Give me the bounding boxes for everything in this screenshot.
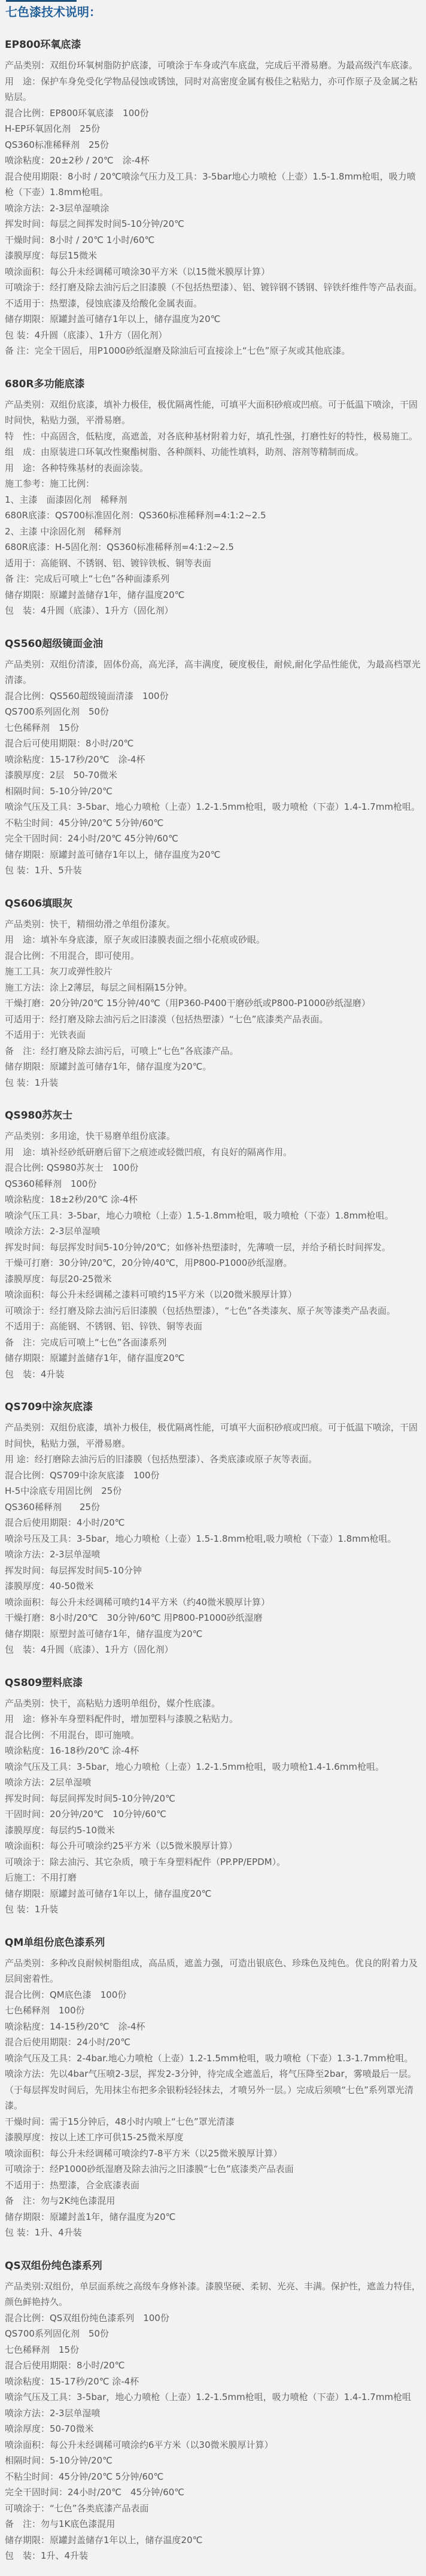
spec-line: 干燥时间：需于15分钟后，48小时内喷上“七色”罩光清漆 bbox=[5, 2114, 422, 2130]
spec-line: 后施工：不用打磨 bbox=[5, 1870, 422, 1886]
spec-line: 喷涂粘度：15-17秒/20℃ 涂-4杯 bbox=[5, 2374, 422, 2390]
spec-line: 包 装：1升、5升装 bbox=[5, 862, 422, 879]
spec-line: 喷涂气压及工具：2-4bar.地心力喷枪（上壶）1.2-1.5mm枪咀，吸力喷枪… bbox=[5, 2051, 422, 2067]
spec-line: 七色稀释剂 100份 bbox=[5, 2003, 422, 2019]
section-heading: QS606填眼灰 bbox=[5, 879, 422, 916]
spec-line: QS700系列固化剂 50份 bbox=[5, 704, 422, 720]
spec-line: 混合比例：QS560超级镜面清漆 100份 bbox=[5, 688, 422, 704]
spec-line: 喷涂粘度：15-17秒/20℃ 涂-4杯 bbox=[5, 752, 422, 768]
spec-line: 680R底漆：H-5固化剂：QS360标准稀释剂=4:1:2~2.5 bbox=[5, 539, 422, 555]
spec-line: 喷涂方法：2-3层单湿喷涂 bbox=[5, 201, 422, 217]
product-section: EP800环氧底漆产品类别：双组份环氧树脂防护底漆，可喷涂于车身或汽车底盘，完成… bbox=[5, 20, 422, 359]
spec-line: 干固时间：20分钟/20℃ 10分钟/60℃ bbox=[5, 1806, 422, 1822]
spec-line: 喷涂粘度：14-15秒/20℃ 涂-4杯 bbox=[5, 2019, 422, 2035]
spec-line: 施工工具：灰刀或弹性胶片 bbox=[5, 964, 422, 980]
document-page: 七色漆技术说明： EP800环氧底漆产品类别：双组份环氧树脂防护底漆，可喷涂于车… bbox=[0, 0, 426, 2576]
product-section: QS980苏灰士产品类别：多用途，快干易磨单组份底漆。用 途：填补经砂纸研磨后留… bbox=[5, 1090, 422, 1382]
spec-line: 适用于：高能钢、不锈钢、铝、镀锌铁板、铜等表面 bbox=[5, 555, 422, 572]
spec-line: QS360稀释剂 25份 bbox=[5, 1499, 422, 1515]
spec-line: 储存期限：原罐封盖储存1年，储存温度20℃ bbox=[5, 1350, 422, 1366]
spec-line: 包 装：1升、4升装 bbox=[5, 2548, 422, 2564]
spec-line: 特 性：中高固含，低粘度，高遮盖，对各底种基材附着力好，填孔性强，打磨性好的特性… bbox=[5, 429, 422, 445]
spec-line: 储存期限：原罐封盖可储存1年以上，储存温度为20℃ bbox=[5, 311, 422, 327]
spec-line: 混合后可使用期限：8小时/20℃ bbox=[5, 736, 422, 752]
spec-line: 包 装：4升圆（底漆）、1升方（固化剂） bbox=[5, 327, 422, 344]
spec-line: 喷涂号压及工具：3-5bar，地心力喷枪（上壶）1.5-1.8mm枪咀,吸力喷枪… bbox=[5, 1531, 422, 1547]
spec-line: 干燥可打磨：30分钟/20℃，20分钟/40℃，用P800-P1000砂纸湿磨。 bbox=[5, 1255, 422, 1271]
spec-line: 漆膜厚度：每层约5-10微米 bbox=[5, 1822, 422, 1839]
spec-line: 混合比例：EP800环氧底漆 100份 bbox=[5, 105, 422, 121]
spec-line: 相隔时间：5-10分钟/20℃ bbox=[5, 2453, 422, 2469]
spec-line: 喷涂厚度：50-70微米 bbox=[5, 2421, 422, 2437]
product-section: 680R多功能底漆产品类别：双组份底漆，填补力极佳，极优隔离性能，可填平大面积砂… bbox=[5, 359, 422, 619]
spec-line: 产品类别：快干，精细幼滑之单组份漆灰。 bbox=[5, 916, 422, 932]
spec-line: 喷涂方法：2-3层单湿喷 bbox=[5, 1223, 422, 1240]
spec-line: 用 途：修补车身塑料配件时，增加塑料与漆膜之粘贴力。 bbox=[5, 1711, 422, 1727]
spec-line: 喷涂气压工具：3-5bar，地心力喷枪（上壶）1.5-1.8mm枪咀，吸力喷枪（… bbox=[5, 1208, 422, 1224]
spec-line: 混合比例：QS双组份纯色漆系列 100份 bbox=[5, 2310, 422, 2326]
spec-line: 用 途：填补经砂纸研磨后留下之痕迹或轻微凹痕，有良好的隔离作用。 bbox=[5, 1144, 422, 1161]
spec-line: 挥发时间：每层挥发时间5-10分钟 bbox=[5, 1563, 422, 1579]
spec-line: 喷涂面积：每公升未经调稀可喷约14平方米（约40微米膜厚计算） bbox=[5, 1594, 422, 1611]
spec-line: 包 装：4升圆（底漆）、1升方（固化剂） bbox=[5, 1642, 422, 1658]
spec-line: QS700系列固化剂 50份 bbox=[5, 2326, 422, 2342]
spec-line: 不粘尘时间：45分钟/20℃ 5分钟/60℃ bbox=[5, 815, 422, 831]
spec-line: 2、主漆 中涂固化剂 稀释剂 bbox=[5, 524, 422, 540]
spec-line: 产品类别：多种改良耐候树脂组成，高品质，遮盖力强，可造出银底色、珍珠色及纯色。优… bbox=[5, 1955, 422, 1987]
spec-line: 产品类别:双组份，单层面系统之高级车身修补漆。漆膜坚硬、柔韧、光亮、丰满。保护性… bbox=[5, 2279, 422, 2310]
spec-line: 不适用于：光铁表面 bbox=[5, 1027, 422, 1043]
spec-line: 用 途：填补车身底漆，原子灰或旧漆膜表面之细小花痕或砂眼。 bbox=[5, 932, 422, 948]
spec-line: 挥发时间：每层之间挥发时间5-10分钟/20℃ bbox=[5, 216, 422, 232]
spec-line: 喷涂气压及工具：3-5bar，地心力喷枪（上壶）1.2-1.5mm枪咀，吸力喷枪… bbox=[5, 1759, 422, 1775]
spec-line: 产品类别：快干，高粘贴力透明单组份，媒介性底漆。 bbox=[5, 1696, 422, 1712]
spec-line: 用 途：经打磨除去油污后的旧漆膜（包括热塑漆）、各类底漆或原子灰等表面。 bbox=[5, 1451, 422, 1468]
spec-line: 喷涂方法：2-3层单湿喷 bbox=[5, 1547, 422, 1563]
section-heading: QS809塑料底漆 bbox=[5, 1658, 422, 1696]
spec-line: 喷涂面积：每公升未经调稀可喷涂约7-8平方米（以25微米膜厚计算） bbox=[5, 2146, 422, 2162]
section-heading: QS709中涂灰底漆 bbox=[5, 1382, 422, 1420]
spec-line: 干燥打磨：8小时/20℃ 30分钟/60℃ 用P800-P1000砂纸湿磨 bbox=[5, 1610, 422, 1626]
spec-line: 包 装：1升装 bbox=[5, 1075, 422, 1091]
spec-line: 喷涂气压及工具：3-5bar，地心力喷枪（上壶）1.2-1.5mm枪咀，吸力喷枪… bbox=[5, 2389, 422, 2405]
section-heading: QS双组份纯色漆系列 bbox=[5, 2241, 422, 2279]
spec-line: 喷涂面积：每公升未经调稀可喷涂30平方米（以15微米膜厚计算） bbox=[5, 264, 422, 280]
spec-line: 用 途：保护车身免受化学物品侵蚀或锈蚀，同时对高密度金属有极佳之粘贴力，亦可作原… bbox=[5, 74, 422, 105]
section-heading: QM单组份底色漆系列 bbox=[5, 1918, 422, 1955]
clipped-text-remnant bbox=[6, 0, 77, 2]
spec-line: QS360标准稀释剂 25份 bbox=[5, 137, 422, 153]
spec-line: 产品类别：双组份环氧树脂防护底漆，可喷涂于车身或汽车底盘，完成后平滑易磨。为最高… bbox=[5, 57, 422, 74]
spec-line: 混合比例：不用混合，即可使用。 bbox=[5, 948, 422, 964]
spec-line: 可喷涂于：经P1000砂纸湿磨及除去油污之旧漆膜“七色”底漆类产品表面 bbox=[5, 2161, 422, 2177]
spec-line: 混合后使用期限：24小时/20℃ bbox=[5, 2034, 422, 2051]
spec-line: 喷涂方法：2层单湿喷 bbox=[5, 1775, 422, 1791]
spec-line: QS360稀释剂 100份 bbox=[5, 1176, 422, 1192]
spec-line: 可喷涂于：经打磨及除去油污后旧漆膜（包括热塑漆），“七色”各类漆灰、原子灰等漆类… bbox=[5, 1303, 422, 1319]
spec-line: 漆膜厚度：40-50微米 bbox=[5, 1578, 422, 1594]
spec-line: 喷涂面积：每公升未经调稀可喷涂约6平方米（以30微米膜厚计算） bbox=[5, 2437, 422, 2453]
spec-line: 备 注：勿与1K底色漆混用 bbox=[5, 2516, 422, 2532]
spec-line: 可喷涂于：除去油污、其它杂质，喷于车身塑料配件（PP.PP/EPDM）。 bbox=[5, 1854, 422, 1870]
spec-line: 喷涂粘度：16-18秒/20℃ 涂-4杯 bbox=[5, 1743, 422, 1759]
section-heading: 680R多功能底漆 bbox=[5, 359, 422, 397]
spec-line: 喷涂气压及工具：3-5bar、地心力喷枪（上壶）1.2-1.5mm枪咀，吸力喷枪… bbox=[5, 799, 422, 815]
spec-line: 完全干固时间：24小时/20℃ 45分钟/60℃ bbox=[5, 831, 422, 847]
spec-line: 喷涂方法：2-3层单湿喷 bbox=[5, 2405, 422, 2422]
spec-line: 混合后使用期限：4小时/20℃ bbox=[5, 1515, 422, 1531]
spec-line: 喷涂方法：先以4bar气压喷2-3层，挥发2-3分钟，待完成全遮盖后，将气压降至… bbox=[5, 2066, 422, 2114]
section-heading: EP800环氧底漆 bbox=[5, 20, 422, 57]
spec-line: 喷涂粘度：18±2秒/20℃ 涂-4杯 bbox=[5, 1192, 422, 1208]
spec-line: 可喷涂于：“七色”各类底漆产品表面 bbox=[5, 2501, 422, 2517]
spec-line: 1、主漆 面漆固化剂 稀释剂 bbox=[5, 492, 422, 508]
section-heading: QS560超级镜面金油 bbox=[5, 619, 422, 657]
spec-line: 产品类别：双组份底漆，填补力极佳，极优隔离性能，可填平大面积砂痕或凹痕。可于低温… bbox=[5, 1420, 422, 1451]
spec-line: 备 注：完成后可喷上“七色”各面漆系列 bbox=[5, 1335, 422, 1351]
spec-line: 挥发时间：每层挥发时间5-10分钟/20℃；如修补热塑漆时，先薄喷一层，并给予稍… bbox=[5, 1240, 422, 1256]
spec-line: 不粘尘时间：45分钟/20℃ 5分钟/60℃ bbox=[5, 2469, 422, 2485]
spec-line: 干燥打磨：20分钟/20℃ 15分钟/40℃（用P360-P400干磨砂纸或P8… bbox=[5, 995, 422, 1011]
product-section: QM单组份底色漆系列产品类别：多种改良耐候树脂组成，高品质，遮盖力强，可造出银底… bbox=[5, 1918, 422, 2241]
spec-line: 混合使用期限：8小时 / 20℃喷涂气压力及工具：3-5bar地心力喷枪（上壶）… bbox=[5, 169, 422, 201]
spec-line: 包 装：1升、4升装 bbox=[5, 2225, 422, 2241]
spec-line: 混合比例：QS709中涂灰底漆 100份 bbox=[5, 1468, 422, 1484]
spec-line: 完全干固时间：24小时/20℃ 45分钟/60℃ bbox=[5, 2484, 422, 2501]
spec-line: 储存期限：原罐封盖可储存1年以上，储存温度20℃ bbox=[5, 1886, 422, 1902]
spec-line: 漆膜厚度：每层15微米 bbox=[5, 248, 422, 264]
spec-line: 储存期限：原塑封盖可储存1年，储存温度为20℃ bbox=[5, 1626, 422, 1642]
spec-line: 产品类别：多用途，快干易磨单组份底漆。 bbox=[5, 1128, 422, 1144]
spec-line: 组 成：由原装进口环氧改性聚酯树脂、各种颜料、功能性填料，助剂、溶剂等精制而成。 bbox=[5, 444, 422, 460]
product-section: QS809塑料底漆产品类别：快干，高粘贴力透明单组份，媒介性底漆。用 途：修补车… bbox=[5, 1658, 422, 1918]
spec-line: 储存期限：原罐封盖可储存1年，储存温度为20℃。 bbox=[5, 1059, 422, 1075]
spec-line: H-EP环氧固化剂 25份 bbox=[5, 121, 422, 137]
spec-line: 不适用于：热塑漆，合金底漆表面 bbox=[5, 2177, 422, 2194]
spec-line: 储存期限：原罐封盖储存1年以上，储存温度20℃ bbox=[5, 2532, 422, 2548]
product-section: QS双组份纯色漆系列产品类别:双组份，单层面系统之高级车身修补漆。漆膜坚硬、柔韧… bbox=[5, 2241, 422, 2564]
spec-line: 漆膜厚度：2层 50-70微米 bbox=[5, 767, 422, 783]
spec-line: H-5中涂底专用固比例 25份 bbox=[5, 1483, 422, 1499]
spec-line: 备 注：完成后可喷上“七色”各种面漆系列 bbox=[5, 571, 422, 587]
spec-line: 储存期限：原罐封盖1年，储存温度为20℃ bbox=[5, 2209, 422, 2225]
spec-line: 可适用于：经打磨及除去油污后之旧漆漠（包括热塑漆）“七色”底漆类产品表面。 bbox=[5, 1011, 422, 1028]
spec-line: 包 装：1升装 bbox=[5, 1901, 422, 1918]
spec-line: 可喷涂于：经打磨及除去油污后之旧漆膜（不包括热塑漆）、铝、镀锌钢不锈钢、锌铁纤维… bbox=[5, 280, 422, 296]
spec-line: 喷涂面积：每公升未经调稀之漆料可喷约15平方米（以20微米膜厚计算） bbox=[5, 1287, 422, 1303]
spec-line: 备 注：经打磨及除去油污后，可喷上“七色”各底漆产品。 bbox=[5, 1043, 422, 1059]
spec-line: 混合比例：不用混台，即可施喷。 bbox=[5, 1727, 422, 1743]
spec-line: 储存期限：原罐封盖储存1年，储存温度20℃ bbox=[5, 587, 422, 603]
product-section: QS606填眼灰产品类别：快干，精细幼滑之单组份漆灰。用 途：填补车身底漆，原子… bbox=[5, 879, 422, 1091]
spec-line: 七色稀释剂 15份 bbox=[5, 720, 422, 736]
spec-line: 储存期限：原罐封盖可储存1年以上，储存温度为20℃ bbox=[5, 847, 422, 863]
spec-line: 用 途：各种特殊基材的表面涂装。 bbox=[5, 460, 422, 476]
spec-line: 干燥时间：8小时 / 20℃ 1小时/60℃ bbox=[5, 232, 422, 248]
spec-line: 产品类别：双组份清漆，固体份高，高光泽，高丰满度，硬度极佳，耐候,耐化学品性能优… bbox=[5, 657, 422, 688]
spec-line: 漆膜厚度：按以上述工序可供15-25微米厚度 bbox=[5, 2130, 422, 2146]
spec-line: 挥发时间：每层间挥发时间5-10分钟/20℃ bbox=[5, 1791, 422, 1807]
spec-line: 不适用于：高能钢、不锈钢、铝、锌铁、铜等表面 bbox=[5, 1319, 422, 1335]
spec-line: 七色稀释剂 15份 bbox=[5, 2342, 422, 2358]
spec-line: 混合后使用期限：8小时/20℃ bbox=[5, 2358, 422, 2374]
spec-line: 备 注：勿与2K纯色漆混用 bbox=[5, 2193, 422, 2209]
product-section: QS560超级镜面金油产品类别：双组份清漆，固体份高，高光泽，高丰满度，硬度极佳… bbox=[5, 619, 422, 879]
spec-line: 相隔时间：5-10分钟/20℃ bbox=[5, 783, 422, 800]
spec-line: 施工参考：施工比例： bbox=[5, 476, 422, 492]
sections-container: EP800环氧底漆产品类别：双组份环氧树脂防护底漆，可喷涂于车身或汽车底盘，完成… bbox=[0, 20, 426, 2576]
spec-line: 喷涂粘度：20±2秒 / 20℃ 涂-4杯 bbox=[5, 153, 422, 169]
spec-line: 喷涂面积：每公升可喷涂约25平方米（以5微米膜厚计算） bbox=[5, 1838, 422, 1854]
spec-line: 680R底漆：QS700标准固化剂：QS360标准稀释剂=4:1:2~2.5 bbox=[5, 508, 422, 524]
product-section: QS709中涂灰底漆产品类别：双组份底漆，填补力极佳，极优隔离性能，可填平大面积… bbox=[5, 1382, 422, 1658]
spec-line: 漆膜厚度：每层20-25微米 bbox=[5, 1271, 422, 1287]
spec-line: 包 装：4升圆（底漆）、1升方（固化剂） bbox=[5, 603, 422, 619]
spec-line: 施工方法：涂上2薄层，每层之间相隔15分钟。 bbox=[5, 980, 422, 996]
spec-line: 备 注：完全干固后，用P1000砂纸湿磨及除油后可直接涂上“七色”原子灰或其他底… bbox=[5, 343, 422, 359]
spec-line: 不适用于：热塑漆，侵蚀底漆及给酸化金属表面。 bbox=[5, 296, 422, 312]
page-title: 七色漆技术说明： bbox=[0, 0, 426, 20]
spec-line: 产品类别：双组份底漆，填补力极佳，极优隔离性能，可填平大面积砂痕或凹痕。可于低温… bbox=[5, 397, 422, 429]
spec-line: 包 装：4升装 bbox=[5, 1366, 422, 1383]
spec-line: 混合比例: QS980苏灰士 100份 bbox=[5, 1160, 422, 1176]
section-heading: QS980苏灰士 bbox=[5, 1090, 422, 1128]
spec-line: 混合比例：QM底色漆 100份 bbox=[5, 1987, 422, 2003]
